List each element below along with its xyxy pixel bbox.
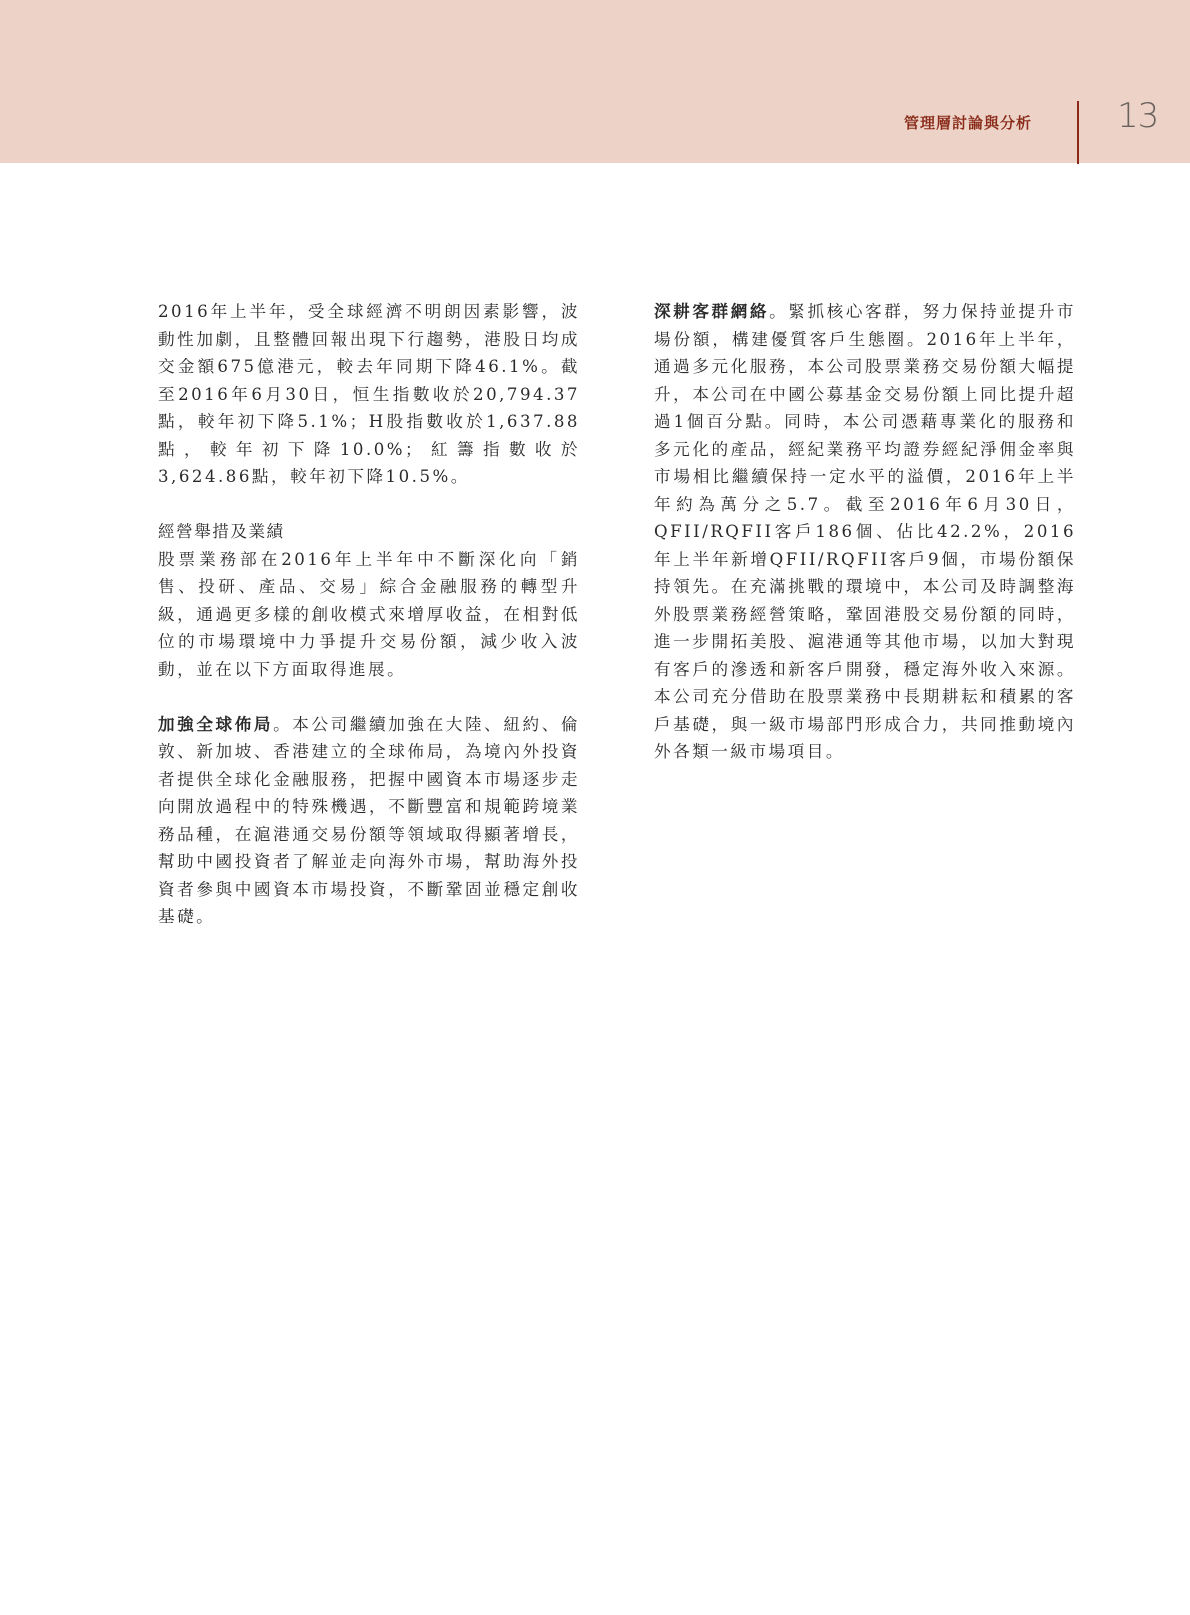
global-layout-paragraph: 加強全球佈局。本公司繼續加強在大陸、紐約、倫敦、新加坡、香港建立的全球佈局，為境…	[158, 711, 580, 931]
global-layout-lead: 加強全球佈局	[158, 714, 273, 734]
left-column: 2016年上半年，受全球經濟不明朗因素影響，波動性加劇，且整體回報出現下行趨勢，…	[158, 298, 580, 931]
global-layout-body: 。本公司繼續加強在大陸、紐約、倫敦、新加坡、香港建立的全球佈局，為境內外投資者提…	[158, 715, 580, 927]
operations-subheading: 經營舉措及業績	[158, 518, 580, 546]
header-divider	[1077, 101, 1079, 164]
client-network-lead: 深耕客群網絡	[654, 301, 769, 321]
operations-paragraph: 股票業務部在2016年上半年中不斷深化向「銷售、投研、產品、交易」綜合金融服務的…	[158, 546, 580, 684]
header-band	[0, 0, 1190, 163]
market-overview-paragraph: 2016年上半年，受全球經濟不明朗因素影響，波動性加劇，且整體回報出現下行趨勢，…	[158, 298, 580, 491]
section-title: 管理層討論與分析	[904, 112, 1032, 133]
page-number: 13	[1117, 96, 1158, 136]
client-network-body: 。緊抓核心客群，努力保持並提升市場份額，構建優質客戶生態圈。2016年上半年，通…	[654, 302, 1076, 761]
client-network-paragraph: 深耕客群網絡。緊抓核心客群，努力保持並提升市場份額，構建優質客戶生態圈。2016…	[654, 298, 1076, 766]
right-column: 深耕客群網絡。緊抓核心客群，努力保持並提升市場份額，構建優質客戶生態圈。2016…	[654, 298, 1076, 766]
